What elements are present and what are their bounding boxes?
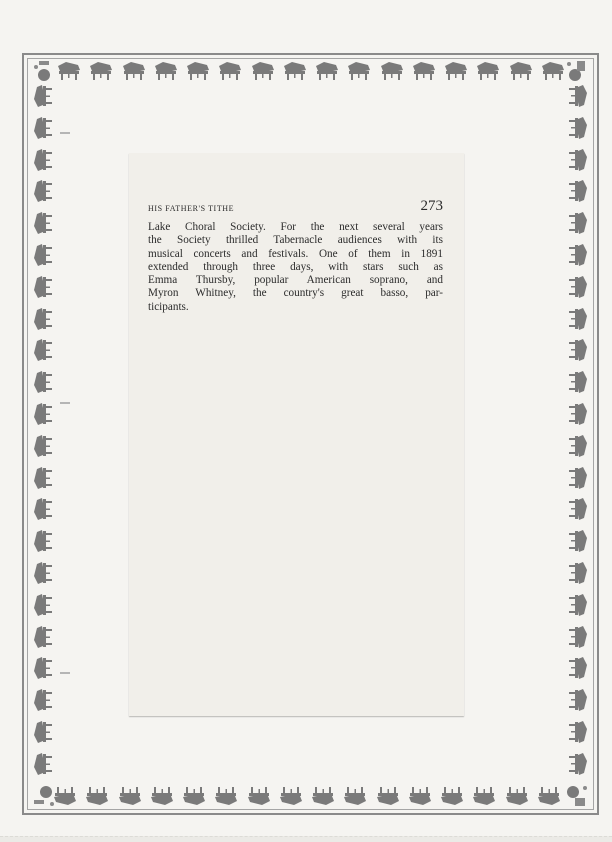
grand-piano-icon — [88, 60, 114, 82]
grand-piano-icon — [56, 60, 82, 82]
grand-piano-icon — [30, 594, 56, 616]
page-number: 273 — [421, 198, 444, 215]
grand-piano-icon — [30, 371, 56, 393]
grand-piano-icon — [30, 244, 56, 266]
grand-piano-icon — [565, 180, 591, 202]
grand-piano-icon — [565, 403, 591, 425]
border-top-piano-row — [56, 57, 566, 85]
grand-piano-icon — [30, 117, 56, 139]
grand-piano-icon — [30, 530, 56, 552]
grand-piano-icon — [149, 785, 175, 807]
grand-piano-icon — [471, 785, 497, 807]
grand-piano-icon — [181, 785, 207, 807]
scan-speck — [60, 132, 70, 134]
grand-piano-icon — [443, 60, 469, 82]
grand-piano-icon — [536, 785, 562, 807]
grand-piano-icon — [30, 467, 56, 489]
grand-piano-icon — [411, 60, 437, 82]
scan-speck — [60, 402, 70, 404]
border-left-piano-column — [28, 85, 58, 775]
grand-piano-icon — [565, 276, 591, 298]
grand-piano-icon — [565, 371, 591, 393]
grand-piano-icon — [310, 785, 336, 807]
grand-piano-icon — [30, 85, 56, 107]
grand-piano-icon — [565, 467, 591, 489]
grand-piano-icon — [30, 212, 56, 234]
grand-piano-icon — [30, 435, 56, 457]
grand-piano-icon — [30, 689, 56, 711]
grand-piano-icon — [342, 785, 368, 807]
grand-piano-icon — [30, 276, 56, 298]
grand-piano-icon — [565, 339, 591, 361]
text-line: ticipants. — [148, 301, 443, 314]
grand-piano-icon — [346, 60, 372, 82]
grand-piano-icon — [565, 85, 591, 107]
grand-piano-icon — [30, 149, 56, 171]
music-note-corner-icon — [563, 57, 591, 85]
scan-speck — [60, 672, 70, 674]
grand-piano-icon — [565, 212, 591, 234]
grand-piano-icon — [278, 785, 304, 807]
grand-piano-icon — [30, 721, 56, 743]
grand-piano-icon — [565, 753, 591, 775]
grand-piano-icon — [407, 785, 433, 807]
grand-piano-icon — [475, 60, 501, 82]
grand-piano-icon — [565, 149, 591, 171]
grand-piano-icon — [565, 689, 591, 711]
sheet-edge — [0, 836, 612, 842]
grand-piano-icon — [565, 594, 591, 616]
grand-piano-icon — [504, 785, 530, 807]
text-line: Lake Choral Society. For the next severa… — [148, 221, 443, 234]
grand-piano-icon — [540, 60, 566, 82]
text-line: extended through three days, with stars … — [148, 261, 443, 274]
grand-piano-icon — [565, 721, 591, 743]
grand-piano-icon — [30, 403, 56, 425]
grand-piano-icon — [84, 785, 110, 807]
grand-piano-icon — [565, 435, 591, 457]
grand-piano-icon — [439, 785, 465, 807]
grand-piano-icon — [30, 753, 56, 775]
grand-piano-icon — [30, 657, 56, 679]
grand-piano-icon — [30, 339, 56, 361]
grand-piano-icon — [121, 60, 147, 82]
music-note-corner-icon — [563, 782, 591, 810]
grand-piano-icon — [565, 562, 591, 584]
scanned-sheet: HIS FATHER'S TITHE 273 Lake Choral Socie… — [0, 0, 612, 842]
grand-piano-icon — [565, 657, 591, 679]
text-line: Emma Thursby, popular American soprano, … — [148, 274, 443, 287]
grand-piano-icon — [565, 117, 591, 139]
grand-piano-icon — [314, 60, 340, 82]
grand-piano-icon — [565, 530, 591, 552]
text-line: Myron Whitney, the country's great basso… — [148, 287, 443, 300]
grand-piano-icon — [30, 308, 56, 330]
grand-piano-icon — [250, 60, 276, 82]
grand-piano-icon — [246, 785, 272, 807]
grand-piano-icon — [375, 785, 401, 807]
grand-piano-icon — [282, 60, 308, 82]
grand-piano-icon — [30, 180, 56, 202]
text-line: musical concerts and festivals. One of t… — [148, 248, 443, 261]
border-right-piano-column — [563, 85, 593, 775]
grand-piano-icon — [565, 244, 591, 266]
grand-piano-icon — [185, 60, 211, 82]
grand-piano-icon — [30, 626, 56, 648]
grand-piano-icon — [565, 626, 591, 648]
grand-piano-icon — [52, 785, 78, 807]
grand-piano-icon — [30, 498, 56, 520]
running-head: HIS FATHER'S TITHE — [148, 204, 234, 213]
grand-piano-icon — [213, 785, 239, 807]
grand-piano-icon — [379, 60, 405, 82]
text-line: the Society thrilled Tabernacle audience… — [148, 234, 443, 247]
page-header: HIS FATHER'S TITHE 273 — [148, 198, 443, 218]
body-paragraph: Lake Choral Society. For the next severa… — [148, 221, 443, 314]
music-note-corner-icon — [30, 57, 58, 85]
grand-piano-icon — [117, 785, 143, 807]
grand-piano-icon — [508, 60, 534, 82]
border-bottom-piano-row — [52, 782, 562, 810]
book-page: HIS FATHER'S TITHE 273 Lake Choral Socie… — [129, 153, 464, 716]
grand-piano-icon — [565, 498, 591, 520]
grand-piano-icon — [30, 562, 56, 584]
grand-piano-icon — [153, 60, 179, 82]
grand-piano-icon — [565, 308, 591, 330]
grand-piano-icon — [217, 60, 243, 82]
